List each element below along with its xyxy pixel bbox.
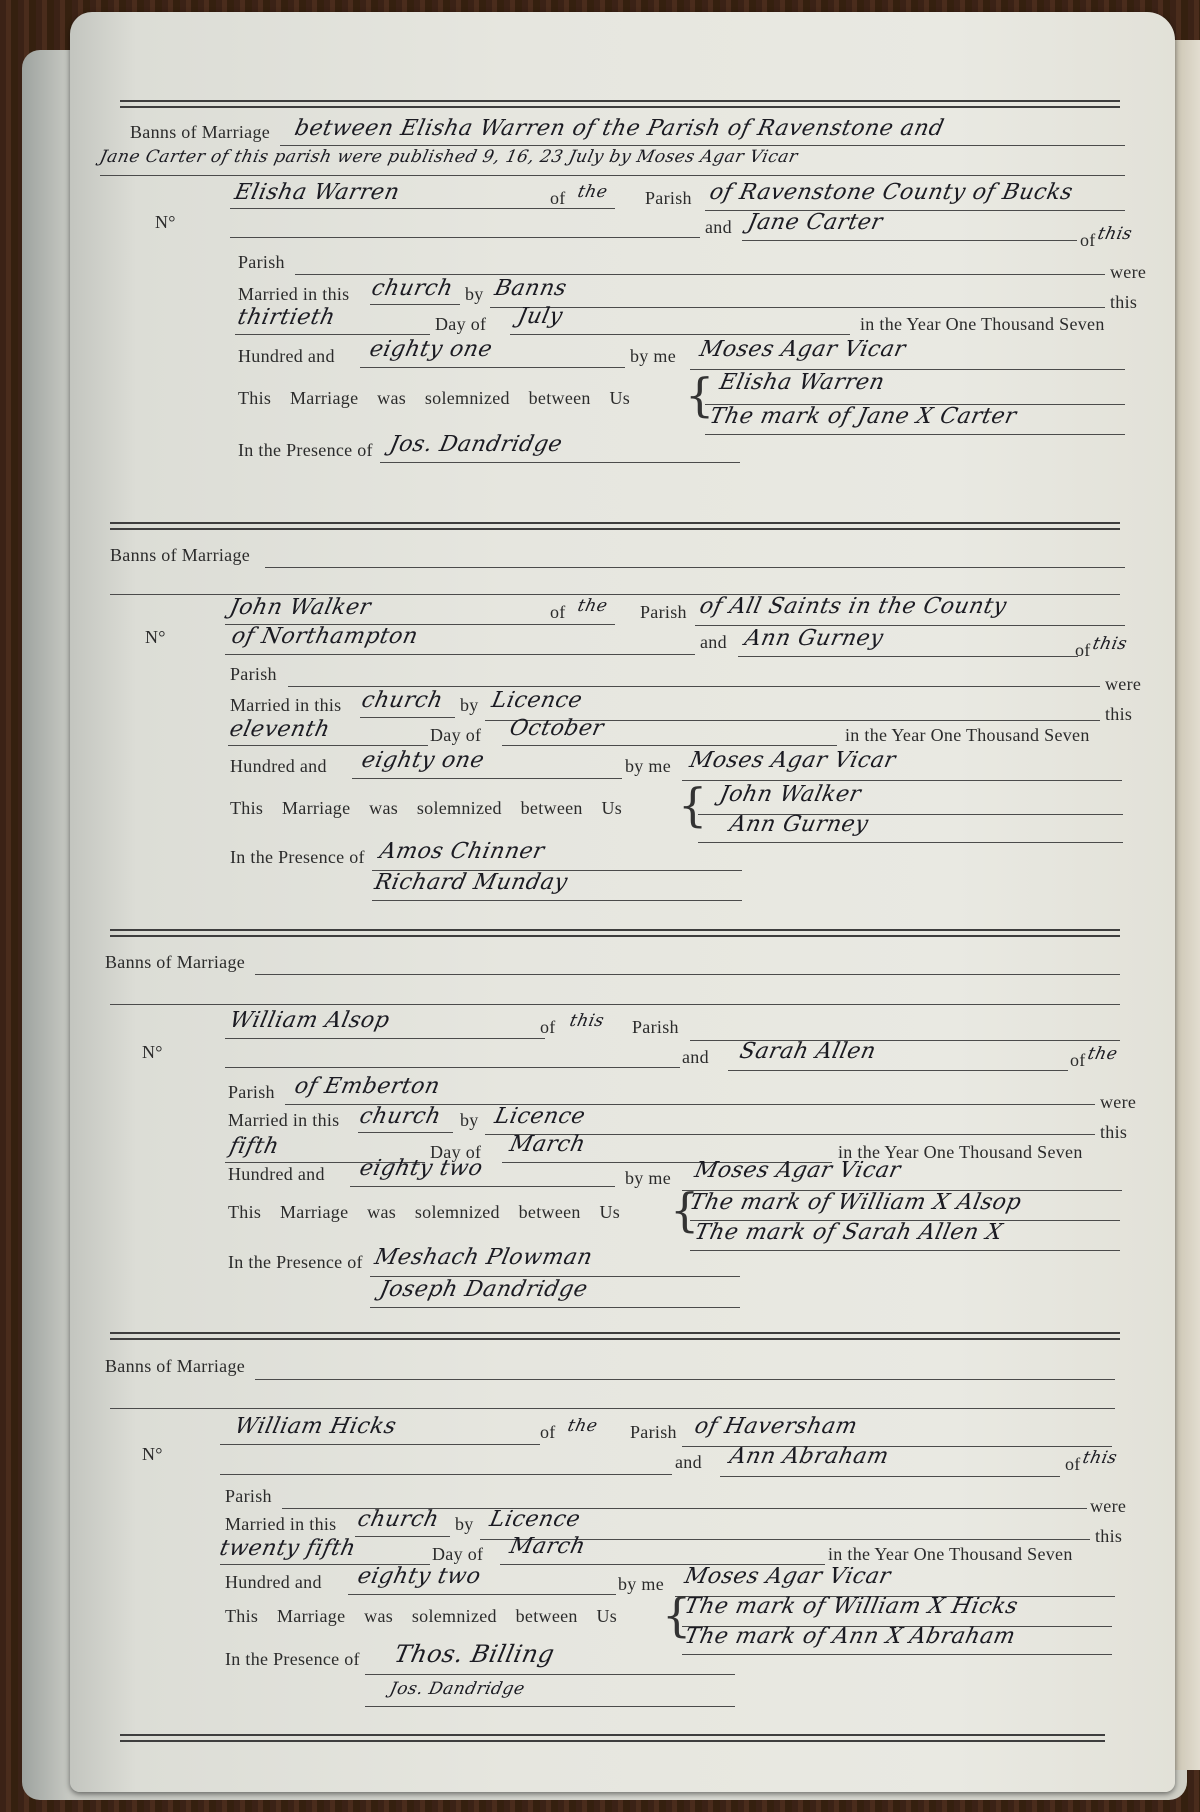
bride-name: Jane Carter <box>745 210 885 235</box>
parish-label: Parish <box>238 252 285 273</box>
signature-line-2 <box>682 1654 1112 1655</box>
officiant-value: Moses Agar Vicar <box>692 1158 903 1183</box>
groom-parish-line-2 <box>225 654 695 655</box>
day-line <box>235 334 430 335</box>
place-line <box>358 1132 453 1133</box>
witness-1: Meshach Plowman <box>372 1245 594 1270</box>
place-line <box>360 717 455 718</box>
year-words-line <box>350 1186 615 1187</box>
witness-line-2 <box>370 1307 740 1308</box>
witness-line-1 <box>380 462 740 463</box>
this-label: this <box>1100 1122 1127 1143</box>
groom-line <box>220 1444 540 1445</box>
banns-line <box>280 145 1125 146</box>
banns-label: Banns of Marriage <box>130 122 270 143</box>
signature-1: Elisha Warren <box>717 370 887 395</box>
year-label: in the Year One Thousand Seven <box>860 314 1105 335</box>
by-me-label: by me <box>625 756 671 777</box>
parish-label: Parish <box>640 602 687 623</box>
of-label: of <box>1080 230 1096 251</box>
blank-line <box>225 1067 680 1068</box>
witness-line-2 <box>372 900 742 901</box>
witness-line-1 <box>365 1674 735 1675</box>
parish-label: Parish <box>632 1017 679 1038</box>
and-label: and <box>700 632 727 653</box>
banns-line <box>265 567 1125 568</box>
banns-line-2 <box>110 1004 1120 1005</box>
bride-name: Ann Gurney <box>742 626 885 651</box>
signature-brace: { <box>685 372 714 418</box>
of-label: of <box>1075 640 1091 661</box>
bride-line <box>742 240 1077 241</box>
by-label: by <box>460 1110 479 1131</box>
parish-label: Parish <box>230 664 277 685</box>
banns-label: Banns of Marriage <box>110 545 250 566</box>
number-label: N° <box>155 212 176 233</box>
officiant-line <box>682 780 1122 781</box>
bride-line <box>728 1070 1068 1071</box>
this-label: this <box>1110 292 1137 313</box>
officiant-value: Moses Agar Vicar <box>682 1564 893 1589</box>
signature-1: The mark of William X Alsop <box>687 1190 1023 1215</box>
groom-parish: of All Saints in the County <box>697 594 1009 619</box>
number-label: N° <box>142 1042 163 1063</box>
by-label: by <box>455 1514 474 1535</box>
by-line <box>490 307 1105 308</box>
solemnized-label: This Marriage was solemnized between Us <box>228 1202 620 1223</box>
year-words-value: eighty one <box>367 337 494 362</box>
year-words-value: eighty two <box>355 1564 483 1589</box>
hundred-label: Hundred and <box>228 1164 325 1185</box>
banns-line-2 <box>100 175 1125 176</box>
by-value: Licence <box>489 688 584 713</box>
officiant-value: Moses Agar Vicar <box>687 748 898 773</box>
of-label: of <box>1070 1050 1086 1071</box>
were-label: were <box>1090 1496 1126 1517</box>
year-label: in the Year One Thousand Seven <box>828 1544 1073 1565</box>
page-end-divider <box>120 1734 1105 1742</box>
bride-line <box>720 1476 1060 1477</box>
number-label: N° <box>145 627 166 648</box>
and-label: and <box>682 1047 709 1068</box>
entry-divider <box>120 100 1120 108</box>
year-words-line <box>352 778 622 779</box>
blank-line <box>230 237 700 238</box>
bride-name: Ann Abraham <box>727 1444 891 1469</box>
place-value: church <box>355 1507 441 1532</box>
signature-2: Ann Gurney <box>727 812 870 837</box>
blank-line <box>220 1474 672 1475</box>
of-label: of <box>550 188 566 209</box>
hundred-label: Hundred and <box>230 756 327 777</box>
bride-parish: of Emberton <box>292 1074 442 1099</box>
bride-parish-line <box>288 686 1100 687</box>
banns-line-2 <box>110 1408 1115 1409</box>
solemnized-label: This Marriage was solemnized between Us <box>238 388 630 409</box>
month-line <box>502 745 837 746</box>
groom-name: Elisha Warren <box>232 180 402 205</box>
place-value: church <box>369 276 455 301</box>
signature-1: The mark of William X Hicks <box>682 1594 1020 1619</box>
signature-1: John Walker <box>717 782 863 807</box>
place-line <box>370 304 460 305</box>
were-label: were <box>1100 1092 1136 1113</box>
parish-label: Parish <box>645 188 692 209</box>
bride-of-value: this <box>1096 224 1134 244</box>
day-value: fifth <box>227 1134 281 1159</box>
groom-name: William Alsop <box>227 1008 392 1033</box>
bride-of-value: this <box>1081 1448 1119 1468</box>
officiant-value: Moses Agar Vicar <box>697 337 908 362</box>
number-label: N° <box>142 1444 163 1465</box>
signature-2: The mark of Ann X Abraham <box>682 1624 1018 1649</box>
groom-of-value: this <box>568 1011 606 1031</box>
day-value: thirtieth <box>235 305 337 330</box>
banns-line <box>255 1379 1115 1380</box>
month-line <box>510 334 850 335</box>
groom-of-value: the <box>576 596 610 616</box>
by-value: Licence <box>492 1104 587 1129</box>
groom-line <box>225 1038 545 1039</box>
day-value: twenty fifth <box>217 1536 358 1561</box>
banns-label: Banns of Marriage <box>105 1356 245 1377</box>
banns-text-line1: between Elisha Warren of the Parish of R… <box>292 116 946 141</box>
entry-divider <box>110 522 1120 530</box>
groom-of-value: the <box>576 182 610 202</box>
banns-text-line2: Jane Carter of this parish were publishe… <box>98 147 800 167</box>
signature-2: The mark of Jane X Carter <box>707 404 1018 429</box>
bride-parish-line <box>295 274 1105 275</box>
presence-label: In the Presence of <box>230 847 365 868</box>
hundred-label: Hundred and <box>238 346 335 367</box>
day-of-label: Day of <box>430 725 481 746</box>
and-label: and <box>675 1452 702 1473</box>
solemnized-label: This Marriage was solemnized between Us <box>230 798 622 819</box>
bride-name: Sarah Allen <box>737 1039 878 1064</box>
entry-divider <box>110 1332 1120 1340</box>
were-label: were <box>1110 262 1146 283</box>
groom-parish: of Ravenstone County of Bucks <box>707 180 1075 205</box>
groom-name: John Walker <box>227 595 373 620</box>
witness-line-2 <box>365 1706 735 1707</box>
bride-line <box>738 656 1078 657</box>
witness-1: Thos. Billing <box>392 1640 557 1668</box>
signature-brace: { <box>678 782 707 828</box>
entry-divider <box>110 929 1120 937</box>
witness-2: Joseph Dandridge <box>377 1277 590 1302</box>
month-value: March <box>507 1534 587 1559</box>
of-label: of <box>540 1017 556 1038</box>
married-label: Married in this <box>230 695 341 716</box>
day-line <box>228 745 428 746</box>
groom-parish: of Haversham <box>692 1414 859 1439</box>
witness-1: Jos. Dandridge <box>387 432 564 457</box>
solemnized-label: This Marriage was solemnized between Us <box>225 1606 617 1627</box>
by-me-label: by me <box>618 1574 664 1595</box>
place-value: church <box>357 1104 443 1129</box>
year-words-line <box>360 367 625 368</box>
parish-label: Parish <box>228 1082 275 1103</box>
bride-of-value: the <box>1086 1044 1120 1064</box>
day-value: eleventh <box>227 717 332 742</box>
witness-2: Jos. Dandridge <box>388 1679 527 1699</box>
month-value: March <box>507 1132 587 1157</box>
by-me-label: by me <box>630 346 676 367</box>
day-of-label: Day of <box>435 314 486 335</box>
month-value: July <box>515 304 565 329</box>
this-label: this <box>1105 704 1132 725</box>
witness-2: Richard Munday <box>372 870 570 895</box>
of-label: of <box>540 1422 556 1443</box>
married-label: Married in this <box>238 284 349 305</box>
by-value: Licence <box>487 1507 582 1532</box>
hundred-label: Hundred and <box>225 1572 322 1593</box>
day-of-label: Day of <box>432 1544 483 1565</box>
and-label: and <box>705 217 732 238</box>
groom-of-value: the <box>566 1416 600 1436</box>
by-value: Banns <box>492 276 569 301</box>
banns-label: Banns of Marriage <box>105 952 245 973</box>
signature-line-2 <box>705 434 1125 435</box>
by-me-label: by me <box>625 1168 671 1189</box>
by-label: by <box>460 695 479 716</box>
this-label: this <box>1095 1526 1122 1547</box>
register-page: Banns of Marriage between Elisha Warren … <box>70 12 1175 1792</box>
parish-label: Parish <box>225 1486 272 1507</box>
of-label: of <box>550 602 566 623</box>
presence-label: In the Presence of <box>238 440 373 461</box>
presence-label: In the Presence of <box>228 1252 363 1273</box>
married-label: Married in this <box>225 1514 336 1535</box>
groom-parish-2: of Northampton <box>229 624 420 649</box>
year-label: in the Year One Thousand Seven <box>845 725 1090 746</box>
of-label: of <box>1065 1454 1081 1475</box>
signature-line-2 <box>698 842 1123 843</box>
bride-of-value: this <box>1091 634 1129 654</box>
groom-name: William Hicks <box>232 1414 398 1439</box>
by-label: by <box>465 284 484 305</box>
year-words-value: eighty two <box>357 1156 485 1181</box>
signature-2: The mark of Sarah Allen X <box>692 1220 1005 1245</box>
banns-line <box>255 974 1120 975</box>
presence-label: In the Presence of <box>225 1649 360 1670</box>
place-line <box>355 1536 450 1537</box>
place-value: church <box>359 688 445 713</box>
parish-label: Parish <box>630 1422 677 1443</box>
married-label: Married in this <box>228 1110 339 1131</box>
year-words-value: eighty one <box>359 748 486 773</box>
signature-line-2 <box>690 1250 1120 1251</box>
were-label: were <box>1105 674 1141 695</box>
year-words-line <box>348 1594 616 1595</box>
month-value: October <box>507 716 606 741</box>
witness-1: Amos Chinner <box>377 839 547 864</box>
